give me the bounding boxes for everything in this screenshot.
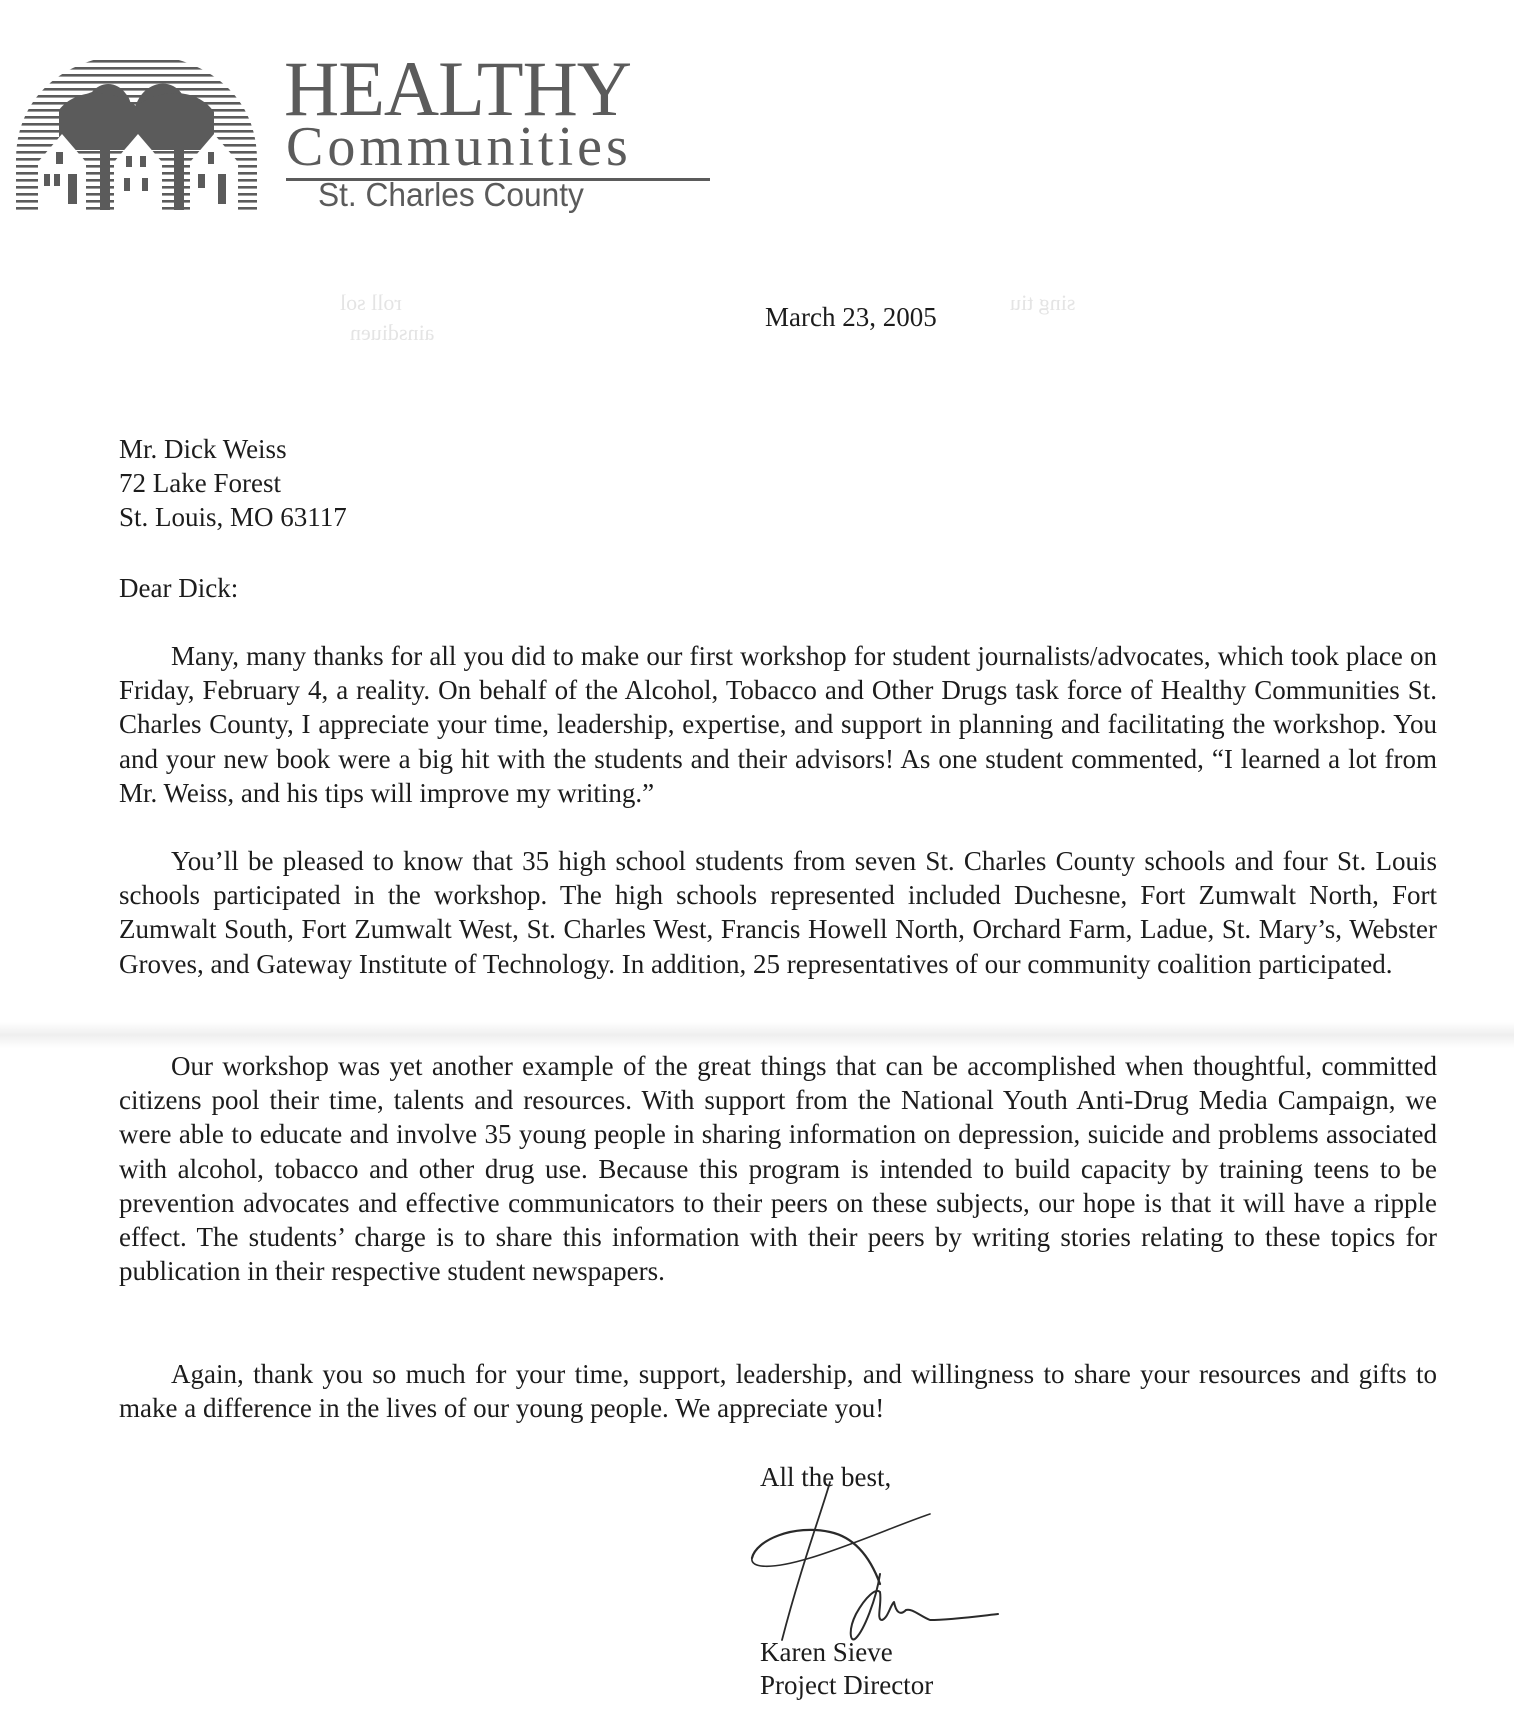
paper-fold-shadow — [0, 1022, 1514, 1048]
org-name-line3: St. Charles County — [318, 175, 584, 215]
handwritten-signature-icon — [730, 1470, 1000, 1650]
organization-wordmark: HEALTHY Communities St. Charles County — [270, 50, 710, 210]
signer-title: Project Director — [760, 1668, 933, 1702]
body-paragraph: Again, thank you so much for your time, … — [119, 1357, 1437, 1425]
recipient-address: Mr. Dick Weiss 72 Lake Forest St. Louis,… — [119, 432, 347, 534]
bleed-through-mark: roll sol — [340, 290, 402, 316]
body-paragraph: You’ll be pleased to know that 35 high s… — [119, 844, 1437, 981]
recipient-name: Mr. Dick Weiss — [119, 432, 347, 466]
recipient-city-state-zip: St. Louis, MO 63117 — [119, 500, 347, 534]
letterhead: HEALTHY Communities St. Charles County — [14, 50, 714, 210]
houses-under-sun-icon — [14, 50, 259, 210]
letter-date: March 23, 2005 — [765, 300, 937, 334]
body-paragraph: Many, many thanks for all you did to mak… — [119, 639, 1437, 810]
salutation: Dear Dick: — [119, 571, 238, 605]
signer-name: Karen Sieve — [760, 1635, 893, 1669]
bleed-through-mark: ainsdiuen — [350, 320, 434, 346]
bleed-through-mark: sing tiu — [1010, 290, 1075, 316]
body-paragraph: Our workshop was yet another example of … — [119, 1049, 1437, 1288]
recipient-street: 72 Lake Forest — [119, 466, 347, 500]
org-name-line2: Communities — [286, 119, 632, 175]
